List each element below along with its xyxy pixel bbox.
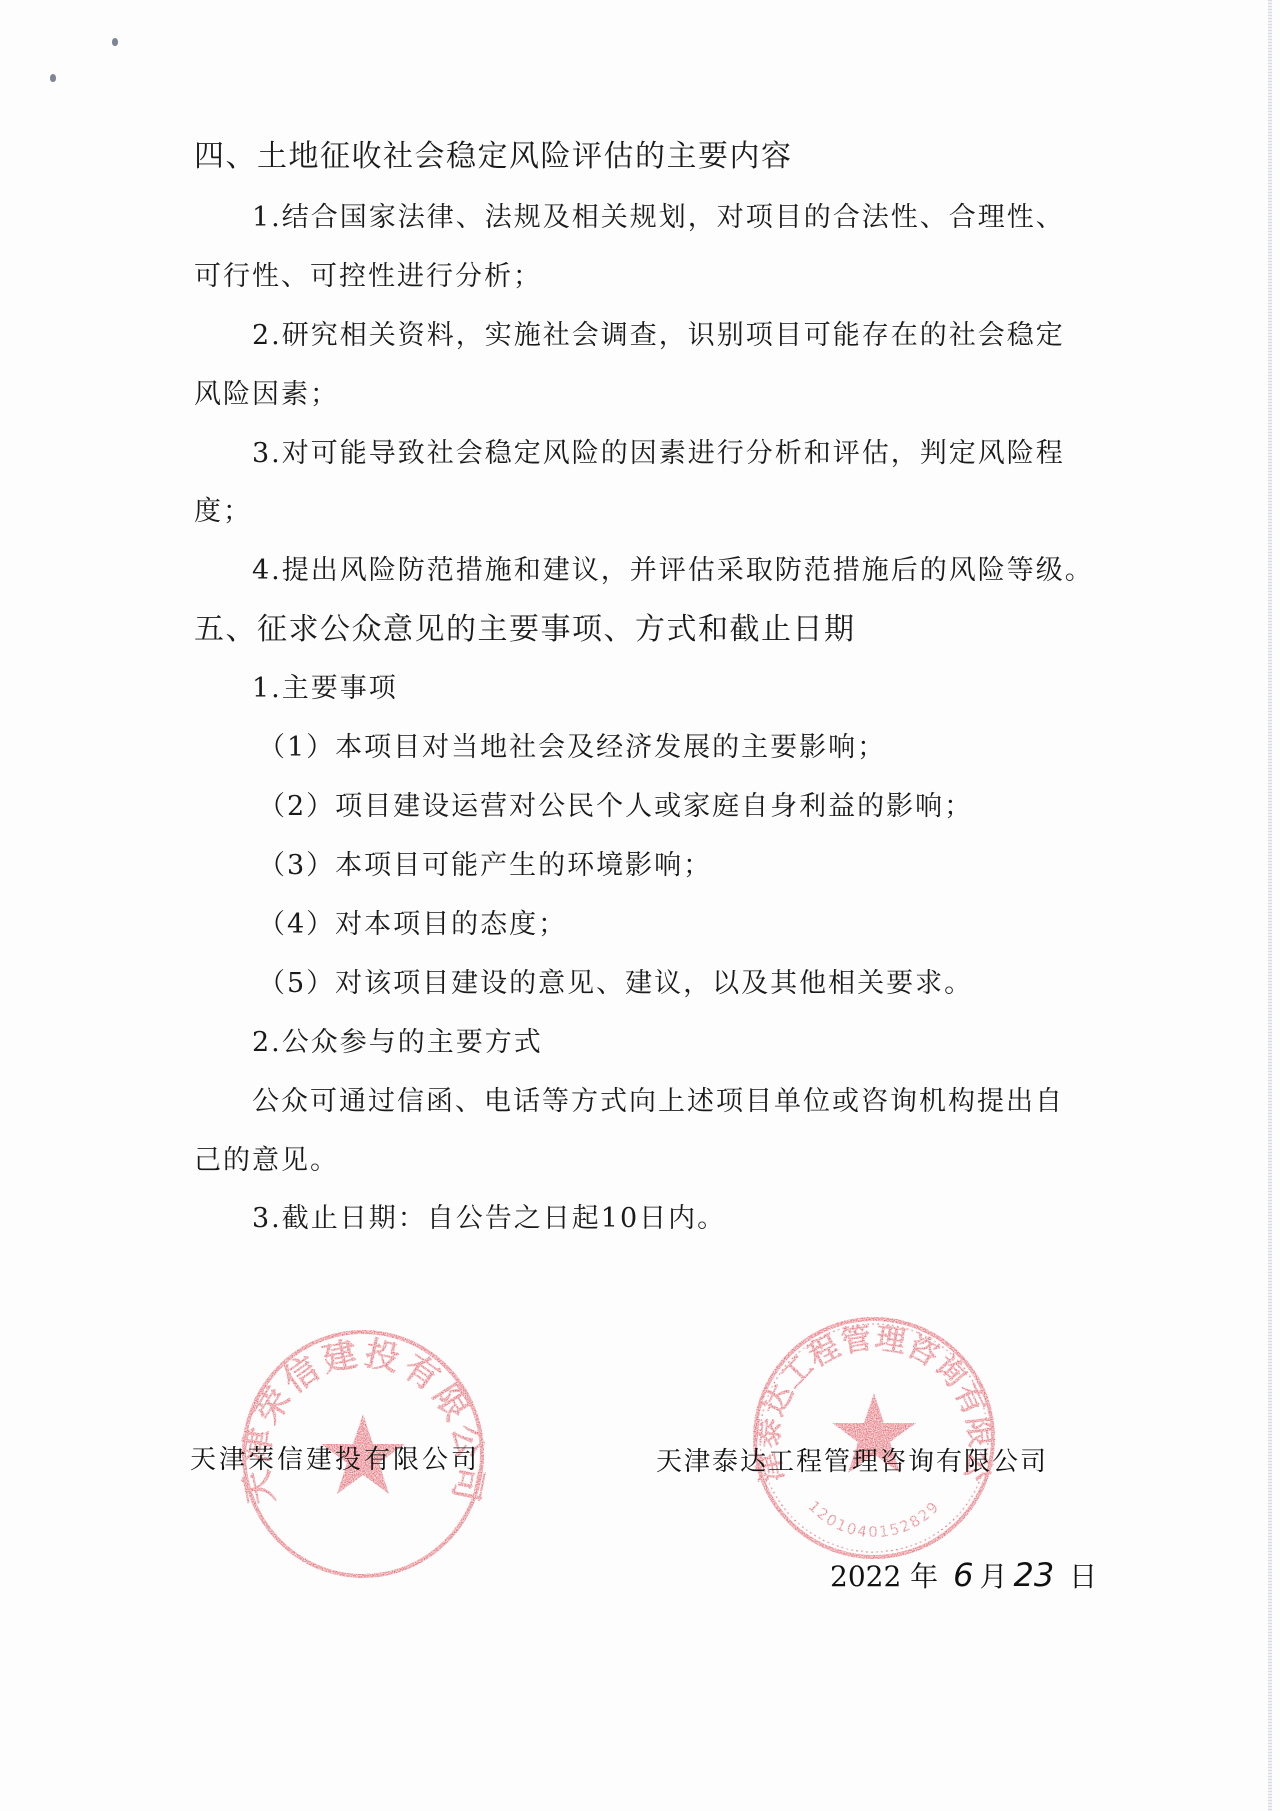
date-month-handwritten: 6 — [953, 1556, 973, 1594]
body-line: 3.对可能导致社会稳定风险的因素进行分析和评估，判定风险程 — [252, 438, 1065, 470]
list-item: （3）本项目可能产生的环境影响； — [258, 850, 712, 882]
scanned-page: 四、土地征收社会稳定风险评估的主要内容 1.结合国家法律、法规及相关规划，对项目… — [0, 0, 1280, 1811]
list-item: （5）对该项目建设的意见、建议，以及其他相关要求。 — [258, 968, 973, 1000]
signing-date: 2022 年 6月23 日 — [830, 1555, 1097, 1595]
date-year: 2022 — [830, 1560, 901, 1593]
section-heading-5: 五、征求公众意见的主要事项、方式和截止日期 — [194, 614, 856, 646]
body-line: 公众可通过信函、电话等方式向上述项目单位或咨询机构提出自 — [252, 1086, 1064, 1118]
scan-speck — [50, 74, 56, 82]
body-line: 4.提出风险防范措施和建议，并评估采取防范措施后的风险等级。 — [252, 555, 1094, 587]
scan-speck — [112, 38, 118, 46]
body-line: 3.截止日期：自公告之日起10日内。 — [252, 1203, 726, 1235]
date-month-unit: 月 — [979, 1560, 1007, 1593]
section-heading-4: 四、土地征收社会稳定风险评估的主要内容 — [194, 141, 793, 173]
body-line: 1.结合国家法律、法规及相关规划，对项目的合法性、合理性、 — [252, 202, 1065, 234]
body-line: 2.公众参与的主要方式 — [252, 1027, 543, 1059]
body-line: 2.研究相关资料，实施社会调查，识别项目可能存在的社会稳定 — [252, 320, 1065, 352]
list-item: （4）对本项目的态度； — [258, 909, 567, 941]
body-line: 度； — [194, 496, 252, 528]
date-year-unit: 年 — [910, 1560, 938, 1593]
list-item: （2）项目建设运营对公民个人或家庭自身利益的影响； — [258, 791, 973, 823]
company-seal-right: 天津泰达工程管理咨询有限公司 1201040152829 — [751, 1315, 997, 1561]
date-day-unit: 日 — [1069, 1560, 1097, 1593]
list-item: （1）本项目对当地社会及经济发展的主要影响； — [258, 732, 886, 764]
body-line: 风险因素； — [194, 379, 339, 411]
body-line: 可行性、可控性进行分析； — [194, 261, 542, 293]
date-day-handwritten: 23 — [1013, 1556, 1054, 1594]
svg-text:1201040152829: 1201040152829 — [805, 1497, 944, 1541]
scan-edge-artifact — [1268, 0, 1272, 1811]
body-line: 1.主要事项 — [252, 673, 398, 705]
right-company-name: 天津泰达工程管理咨询有限公司 — [656, 1441, 1048, 1478]
body-line: 己的意见。 — [194, 1145, 339, 1177]
left-company-name: 天津荣信建投有限公司 — [190, 1439, 480, 1476]
